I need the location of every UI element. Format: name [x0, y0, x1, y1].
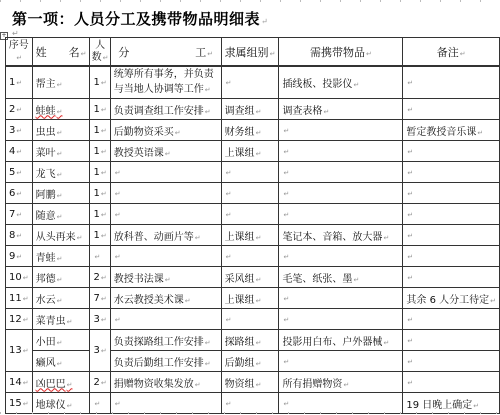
cell-name[interactable]: 蛙蛙↵ [32, 99, 90, 120]
cell-notes[interactable]: ↵ [403, 183, 500, 204]
paragraph-mark-icon: ↵ [366, 50, 372, 58]
paragraph-mark-icon: ↵ [57, 192, 63, 200]
cell-seq[interactable]: 14↵ [6, 372, 33, 393]
paragraph-mark-icon: ↵ [101, 347, 107, 355]
paragraph-mark-icon: ↵ [16, 211, 22, 219]
paragraph-mark-icon: ↵ [205, 108, 211, 116]
cell-seq[interactable]: 6↵ [6, 183, 33, 204]
cell-count[interactable]: 3↵ [90, 309, 110, 330]
paragraph-mark-icon: ↵ [101, 274, 107, 282]
cell-notes[interactable]: ↵ [403, 309, 500, 330]
paragraph-mark-icon: ↵ [101, 190, 107, 198]
paragraph-mark-icon: ↵ [407, 358, 413, 366]
paragraph-mark-icon: ↵ [101, 379, 107, 387]
paragraph-mark-icon: ↵ [101, 232, 107, 240]
paragraph-mark-icon: ↵ [283, 295, 289, 303]
paragraph-mark-icon: ↵ [490, 297, 496, 305]
cell-seq[interactable]: 10↵ [6, 267, 33, 288]
paragraph-mark-icon: ↵ [407, 106, 413, 114]
cell-count[interactable]: 1↵ [90, 66, 110, 99]
paragraph-mark-icon: ↵ [57, 171, 63, 179]
paragraph-mark-icon: ↵ [77, 234, 83, 242]
cell-items[interactable]: ↵ [279, 246, 403, 267]
paragraph-mark-icon: ↵ [283, 253, 289, 261]
cell-group[interactable]: 财务组↵ [221, 120, 279, 141]
cell-group[interactable]: ↵ [221, 204, 279, 225]
table-row: 14↵ 凶巴巴↵ 2↵ 捐赠物资收集发放↵ 物资组↵ 所有捐赠物资↵ ↵ [6, 372, 500, 393]
table-row: 7↵ 随意↵ 1↵ ↵ ↵ ↵ ↵ [6, 204, 500, 225]
cell-group[interactable]: 采风组↵ [221, 267, 279, 288]
cell-duty[interactable]: 后勤物资采买↵ [110, 120, 221, 141]
cell-name[interactable]: 龙飞↵ [32, 162, 90, 183]
paragraph-mark-icon: ↵ [256, 234, 262, 242]
paragraph-mark-icon: ↵ [407, 253, 413, 261]
cell-duty[interactable]: 放科普、动画片等↵ [110, 225, 221, 246]
paragraph-mark-icon: ↵ [407, 316, 413, 324]
paragraph-mark-icon: ↵ [115, 190, 121, 198]
paragraph-mark-icon: ↵ [283, 169, 289, 177]
staff-assignment-table: 序号↵ 姓 名↵ 人数↵ 分 工↵ 隶属组别↵ 需携带物品↵ 备注↵ 1↵ 帮主… [5, 37, 500, 414]
cell-items[interactable]: ↵ [279, 183, 403, 204]
paragraph-mark-icon: ↵ [226, 400, 232, 408]
paragraph-mark-icon: ↵ [94, 253, 100, 261]
paragraph-mark-icon: ↵ [101, 148, 107, 156]
paragraph-mark-icon: ↵ [23, 347, 29, 355]
cell-seq[interactable]: 15↵ [6, 393, 33, 414]
cell-name[interactable]: 癞风↵ [32, 351, 90, 372]
paragraph-mark-icon: ↵ [16, 79, 22, 87]
cell-seq[interactable]: 12↵ [6, 309, 33, 330]
cell-items[interactable]: ↵ [279, 351, 403, 372]
cell-group[interactable]: 调查组↵ [221, 99, 279, 120]
paragraph-mark-icon: ↵ [256, 381, 262, 389]
paragraph-mark-icon: ↵ [256, 360, 262, 368]
paragraph-mark-icon: ↵ [256, 339, 262, 347]
paragraph-mark-icon: ↵ [407, 337, 413, 345]
cell-group[interactable]: ↵ [221, 66, 279, 99]
cell-seq[interactable]: 8↵ [6, 225, 33, 246]
cell-items[interactable]: 投影用白布、户外器械↵ [279, 330, 403, 351]
paragraph-mark-icon: ↵ [81, 50, 87, 58]
cell-notes[interactable]: ↵ [403, 162, 500, 183]
paragraph-mark-icon: ↵ [407, 148, 413, 156]
cell-group[interactable]: ↵ [221, 183, 279, 204]
cell-count[interactable]: ↵ [90, 246, 110, 267]
paragraph-mark-icon: ↵ [407, 169, 413, 177]
paragraph-mark-icon: ↵ [16, 169, 22, 177]
paragraph-mark-icon: ↵ [256, 297, 262, 305]
paragraph-mark-icon: ↵ [103, 54, 109, 62]
cell-count[interactable]: 1↵ [90, 204, 110, 225]
table-row: 3↵ 虫虫↵ 1↵ 后勤物资采买↵ 财务组↵ ↵ 暂定教授音乐课↵ [6, 120, 500, 141]
paragraph-mark-icon: ↵ [16, 232, 22, 240]
cell-group[interactable]: 探路组↵ [221, 330, 279, 351]
cell-duty[interactable]: 负责调查组工作安排↵ [110, 99, 221, 120]
cell-name[interactable]: 虫虫↵ [32, 120, 90, 141]
cell-count[interactable]: 1↵ [90, 141, 110, 162]
cell-duty[interactable]: 教授英语课↵ [110, 141, 221, 162]
cell-count[interactable]: 7↵ [90, 288, 110, 309]
header-count: 人数↵ [90, 38, 110, 67]
header-duty: 分 工↵ [110, 38, 221, 67]
paragraph-mark-icon: ↵ [23, 295, 29, 303]
paragraph-mark-icon: ↵ [256, 276, 262, 284]
table-row: 11↵ 水云↵ 7↵ 水云教授美术课↵ 上课组↵ ↵ 其余 6 人分工待定↵ [6, 288, 500, 309]
paragraph-mark-icon: ↵ [57, 360, 63, 368]
cell-count[interactable]: 1↵ [90, 120, 110, 141]
paragraph-mark-icon: ↵ [16, 253, 22, 261]
cell-name[interactable]: 凶巴巴↵ [32, 372, 90, 393]
cell-duty[interactable]: 统筹所有事务，并负责与当地人协调等工作↵ [110, 66, 221, 99]
paragraph-mark-icon: ↵ [283, 148, 289, 156]
cell-notes[interactable]: ↵ [403, 330, 500, 351]
cell-name[interactable]: 从头再来↵ [32, 225, 90, 246]
paragraph-mark-icon: ↵ [115, 400, 121, 408]
paragraph-mark-icon: ↵ [343, 381, 349, 389]
paragraph-mark-icon: ↵ [261, 17, 268, 26]
cell-name[interactable]: 青蛙↵ [32, 246, 90, 267]
cell-group[interactable]: ↵ [221, 393, 279, 414]
cell-items[interactable]: 毛笔、纸张、墨↵ [279, 267, 403, 288]
cell-duty[interactable]: 负责探路组工作安排↵ [110, 330, 221, 351]
paragraph-mark-icon: ↵ [57, 150, 63, 158]
paragraph-mark-icon: ↵ [283, 211, 289, 219]
table-row: 15↵ 地球仪↵ ↵ ↵ ↵ ↵ 19 日晚上确定↵ [6, 393, 500, 414]
paragraph-mark-icon: ↵ [101, 316, 107, 324]
cell-group[interactable]: ↵ [221, 309, 279, 330]
paragraph-mark-icon: ↵ [207, 50, 213, 58]
table-row: 2↵ 蛙蛙↵ 1↵ 负责调查组工作安排↵ 调查组↵ 调查表格↵ ↵ [6, 99, 500, 120]
paragraph-mark-icon: ↵ [101, 211, 107, 219]
paragraph-mark-icon: ↵ [407, 79, 413, 87]
paragraph-mark-icon: ↵ [115, 316, 121, 324]
paragraph-mark-icon: ↵ [16, 54, 22, 62]
cell-notes[interactable]: ↵ [403, 204, 500, 225]
table-row: 6↵ 阿鹏↵ 1↵ ↵ ↵ ↵ ↵ [6, 183, 500, 204]
cell-seq[interactable]: 4↵ [6, 141, 33, 162]
cell-items[interactable]: ↵ [279, 393, 403, 414]
paragraph-mark-icon: ↵ [383, 234, 389, 242]
paragraph-mark-icon: ↵ [16, 127, 22, 135]
document-title: 第一项：人员分工及携带物品明细表↵ [12, 8, 268, 29]
cell-name[interactable]: 菜叶↵ [32, 141, 90, 162]
table-row: 9↵ 青蛙↵ ↵ ↵ ↵ ↵ ↵ [6, 246, 500, 267]
paragraph-mark-icon: ↵ [407, 190, 413, 198]
paragraph-mark-icon: ↵ [256, 108, 262, 116]
paragraph-mark-icon: ↵ [57, 255, 63, 263]
table-row-merged: 13↵ 小田↵ 3↵ 负责探路组工作安排↵ 探路组↵ 投影用白布、户外器械↵ ↵ [6, 330, 500, 351]
cell-notes[interactable]: 其余 6 人分工待定↵ [403, 288, 500, 309]
table-row: 8↵ 从头再来↵ 1↵ 放科普、动画片等↵ 上课组↵ 笔记本、音箱、放大器↵ ↵ [6, 225, 500, 246]
title-text: 第一项：人员分工及携带物品明细表 [12, 10, 260, 28]
paragraph-mark-icon: ↵ [101, 106, 107, 114]
cell-items[interactable]: ↵ [279, 141, 403, 162]
paragraph-mark-icon: ↵ [283, 190, 289, 198]
paragraph-mark-icon: ↵ [353, 276, 359, 284]
cell-seq[interactable]: 5↵ [6, 162, 33, 183]
cell-items[interactable]: 插线板、投影仪↵ [279, 66, 403, 99]
paragraph-mark-icon: ↵ [101, 79, 107, 87]
header-name: 姓 名↵ [32, 38, 90, 67]
paragraph-mark-icon: ↵ [57, 297, 63, 305]
cell-count[interactable]: 2↵ [90, 372, 110, 393]
paragraph-mark-icon: ↵ [67, 318, 73, 326]
paragraph-mark-icon: ↵ [57, 81, 63, 89]
cell-items[interactable]: 笔记本、音箱、放大器↵ [279, 225, 403, 246]
cell-duty[interactable]: 负责后勤组工作安排↵ [110, 351, 221, 372]
cell-duty[interactable]: ↵ [110, 309, 221, 330]
cell-items[interactable]: ↵ [279, 162, 403, 183]
paragraph-mark-icon: ↵ [23, 274, 29, 282]
paragraph-mark-icon: ↵ [165, 276, 171, 284]
cell-name[interactable]: 邦德↵ [32, 267, 90, 288]
cell-notes[interactable]: ↵ [403, 246, 500, 267]
cell-notes[interactable]: 19 日晚上确定↵ [403, 393, 500, 414]
cell-seq[interactable]: 13↵ [6, 330, 33, 372]
cell-duty[interactable]: 教授书法课↵ [110, 267, 221, 288]
cell-name[interactable]: 水云↵ [32, 288, 90, 309]
cell-name[interactable]: 菜青虫↵ [32, 309, 90, 330]
cell-count[interactable]: 1↵ [90, 99, 110, 120]
cell-duty[interactable]: 捐赠物资收集发放↵ [110, 372, 221, 393]
paragraph-mark-icon: ↵ [23, 400, 29, 408]
table-header-row: 序号↵ 姓 名↵ 人数↵ 分 工↵ 隶属组别↵ 需携带物品↵ 备注↵ [6, 38, 500, 67]
paragraph-mark-icon: ↵ [101, 127, 107, 135]
paragraph-mark-icon: ↵ [283, 358, 289, 366]
paragraph-mark-icon: ↵ [101, 169, 107, 177]
page-margin-guide [0, 412, 500, 414]
cell-seq[interactable]: 2↵ [6, 99, 33, 120]
paragraph-mark-icon: ↵ [226, 211, 232, 219]
paragraph-mark-icon: ↵ [407, 274, 413, 282]
paragraph-mark-icon: ↵ [383, 339, 389, 347]
cell-group[interactable]: ↵ [221, 246, 279, 267]
table-row: 10↵ 邦德↵ 2↵ 教授书法课↵ 采风组↵ 毛笔、纸张、墨↵ ↵ [6, 267, 500, 288]
cell-group[interactable]: 上课组↵ [221, 225, 279, 246]
paragraph-mark-icon: ↵ [67, 402, 73, 410]
cell-name[interactable]: 地球仪↵ [32, 393, 90, 414]
paragraph-mark-icon: ↵ [67, 381, 73, 389]
cell-group[interactable]: ↵ [221, 162, 279, 183]
cell-group[interactable]: 后勤组↵ [221, 351, 279, 372]
paragraph-mark-icon: ↵ [353, 81, 359, 89]
cell-group[interactable]: 物资组↵ [221, 372, 279, 393]
paragraph-mark-icon: ↵ [23, 316, 29, 324]
paragraph-mark-icon: ↵ [226, 79, 232, 87]
paragraph-mark-icon: ↵ [407, 211, 413, 219]
cell-count[interactable]: ↵ [90, 393, 110, 414]
paragraph-mark-icon: ↵ [101, 295, 107, 303]
cell-notes[interactable]: ↵ [403, 267, 500, 288]
paragraph-mark-icon: ↵ [323, 108, 329, 116]
paragraph-mark-icon: ↵ [205, 360, 211, 368]
header-items: 需携带物品↵ [279, 38, 403, 67]
paragraph-mark-icon: ↵ [460, 50, 466, 58]
header-group: 隶属组别↵ [221, 38, 279, 67]
paragraph-mark-icon: ↵ [57, 276, 63, 284]
cell-duty[interactable]: ↵ [110, 162, 221, 183]
cell-group[interactable]: 上课组↵ [221, 141, 279, 162]
cell-seq[interactable]: 7↵ [6, 204, 33, 225]
table-row: 12↵ 菜青虫↵ 3↵ ↵ ↵ ↵ ↵ [6, 309, 500, 330]
table-row: 1↵ 帮主↵ 1↵ 统筹所有事务，并负责与当地人协调等工作↵ ↵ 插线板、投影仪… [6, 66, 500, 99]
cell-items[interactable]: ↵ [279, 120, 403, 141]
cell-seq[interactable]: 3↵ [6, 120, 33, 141]
paragraph-mark-icon: ↵ [57, 339, 63, 347]
cell-notes[interactable]: ↵ [403, 99, 500, 120]
paragraph-mark-icon: ↵ [256, 150, 262, 158]
cell-notes[interactable]: ↵ [403, 372, 500, 393]
paragraph-mark-icon: ↵ [57, 213, 63, 221]
table-row: 4↵ 菜叶↵ 1↵ 教授英语课↵ 上课组↵ ↵ ↵ [6, 141, 500, 162]
paragraph-mark-icon: ↵ [115, 211, 121, 219]
paragraph-mark-icon: ↵ [115, 169, 121, 177]
paragraph-mark-icon: ↵ [256, 129, 262, 137]
paragraph-mark-icon: ↵ [283, 400, 289, 408]
paragraph-mark-icon: ↵ [407, 379, 413, 387]
table-row: 5↵ 龙飞↵ 1↵ ↵ ↵ ↵ ↵ [6, 162, 500, 183]
cell-notes[interactable]: ↵ [403, 141, 500, 162]
cell-items[interactable]: 调查表格↵ [279, 99, 403, 120]
cell-items[interactable]: ↵ [279, 309, 403, 330]
cell-name[interactable]: 帮主↵ [32, 66, 90, 99]
table-row-merged-sub: 癞风↵ 负责后勤组工作安排↵ 后勤组↵ ↵ ↵ [6, 351, 500, 372]
paragraph-mark-icon: ↵ [175, 129, 181, 137]
paragraph-mark-icon: ↵ [57, 129, 63, 137]
paragraph-mark-icon: ↵ [16, 190, 22, 198]
cell-items[interactable]: ↵ [279, 204, 403, 225]
cell-seq[interactable]: 11↵ [6, 288, 33, 309]
cell-items[interactable]: ↵ [279, 288, 403, 309]
cell-name[interactable]: 小田↵ [32, 330, 90, 351]
cell-duty[interactable]: ↵ [110, 393, 221, 414]
cell-duty[interactable]: 水云教授美术课↵ [110, 288, 221, 309]
paragraph-mark-icon: ↵ [226, 253, 232, 261]
cell-notes[interactable]: ↵ [403, 351, 500, 372]
header-notes: 备注↵ [403, 38, 500, 67]
paragraph-mark-icon: ↵ [270, 50, 276, 58]
paragraph-mark-icon: ↵ [94, 400, 100, 408]
cell-name[interactable]: 随意↵ [32, 204, 90, 225]
cell-seq[interactable]: 9↵ [6, 246, 33, 267]
page-margin-guide [0, 0, 500, 2]
paragraph-mark-icon: ↵ [205, 339, 211, 347]
cell-notes[interactable]: ↵ [403, 66, 500, 99]
paragraph-mark-icon: ↵ [205, 86, 211, 94]
cell-notes[interactable]: ↵ [403, 225, 500, 246]
paragraph-mark-icon: ↵ [473, 402, 479, 410]
paragraph-mark-icon: ↵ [407, 232, 413, 240]
cell-count[interactable]: 3↵ [90, 330, 110, 372]
paragraph-mark-icon: ↵ [195, 234, 201, 242]
paragraph-mark-icon: ↵ [226, 316, 232, 324]
cell-duty[interactable]: ↵ [110, 246, 221, 267]
paragraph-mark-icon: ↵ [226, 190, 232, 198]
cell-name[interactable]: 阿鹏↵ [32, 183, 90, 204]
cell-seq[interactable]: 1↵ [6, 66, 33, 99]
paragraph-mark-icon: ↵ [16, 148, 22, 156]
cell-notes[interactable]: 暂定教授音乐课↵ [403, 120, 500, 141]
paragraph-mark-icon: ↵ [16, 106, 22, 114]
cell-count[interactable]: 2↵ [90, 267, 110, 288]
paragraph-mark-icon: ↵ [23, 379, 29, 387]
header-seq: 序号↵ [6, 38, 33, 67]
cell-count[interactable]: 1↵ [90, 162, 110, 183]
cell-duty[interactable]: ↵ [110, 204, 221, 225]
paragraph-mark-icon: ↵ [57, 108, 63, 116]
paragraph-mark-icon: ↵ [115, 253, 121, 261]
paragraph-mark-icon: ↵ [195, 381, 201, 389]
paragraph-mark-icon: ↵ [477, 129, 483, 137]
paragraph-mark-icon: ↵ [283, 127, 289, 135]
cell-group[interactable]: 上课组↵ [221, 288, 279, 309]
paragraph-mark-icon: ↵ [283, 316, 289, 324]
cell-count[interactable]: 1↵ [90, 225, 110, 246]
cell-count[interactable]: 1↵ [90, 183, 110, 204]
paragraph-mark-icon: ↵ [185, 297, 191, 305]
paragraph-mark-icon: ↵ [226, 169, 232, 177]
cell-duty[interactable]: ↵ [110, 183, 221, 204]
paragraph-mark-icon: ↵ [165, 150, 171, 158]
cell-items[interactable]: 所有捐赠物资↵ [279, 372, 403, 393]
